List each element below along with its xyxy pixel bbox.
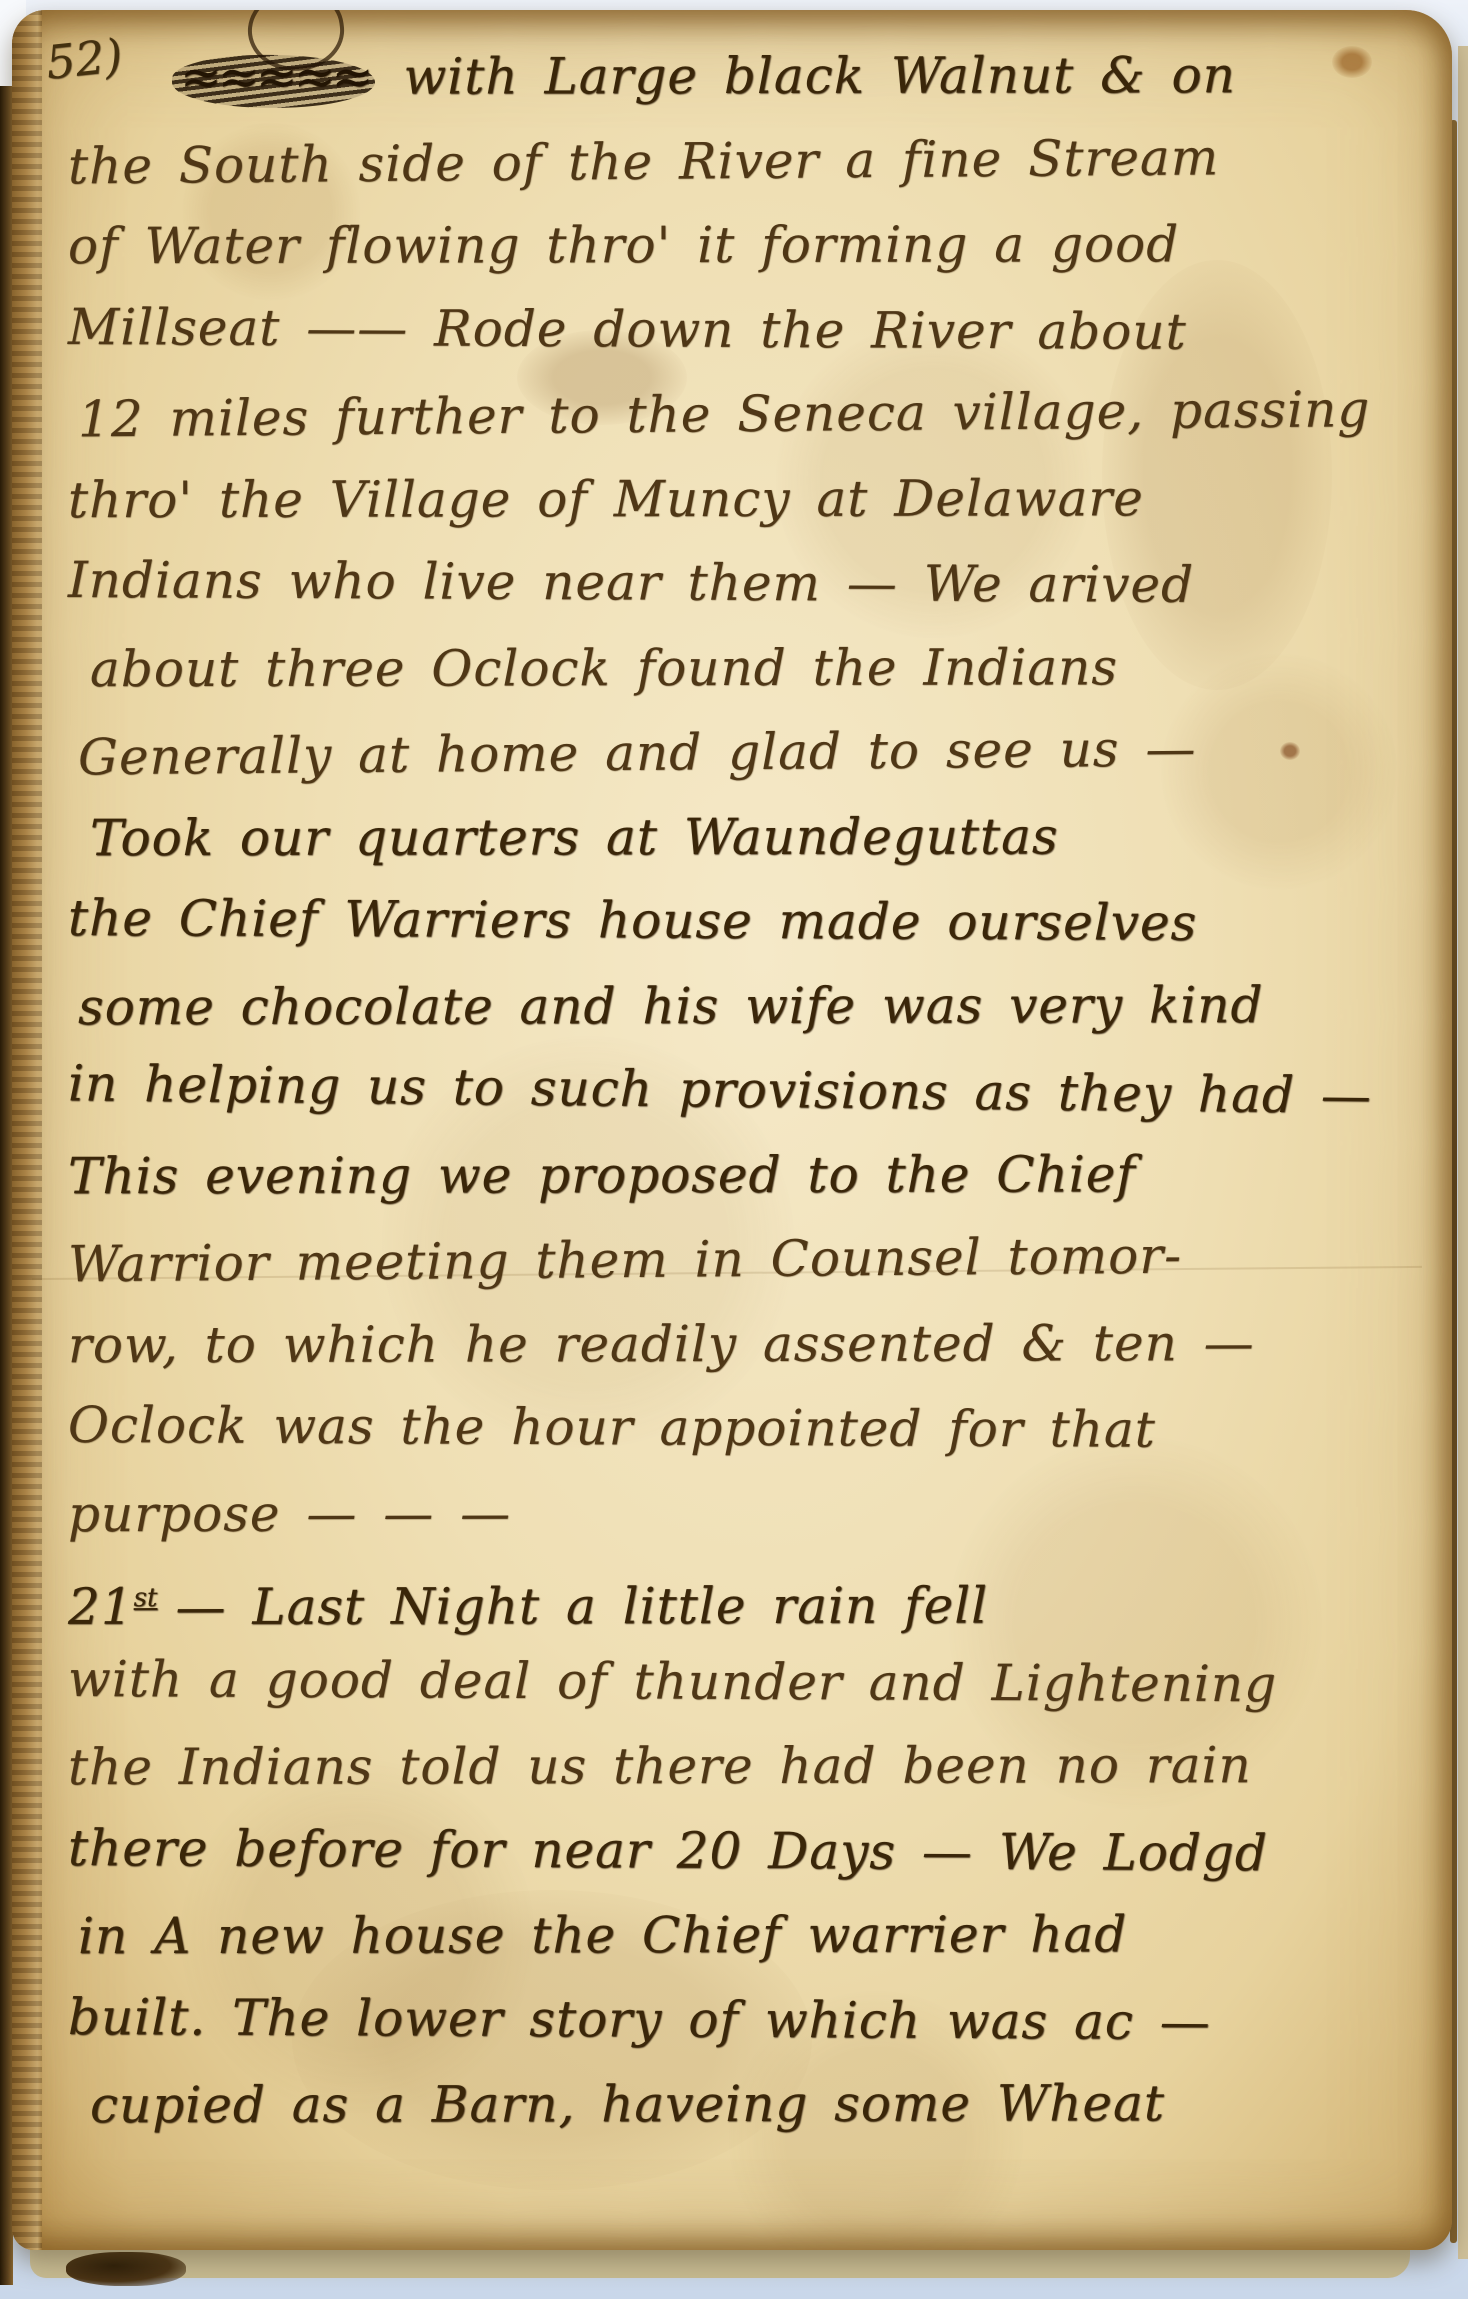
manuscript-line-16: row, to which he readily assented & ten … <box>68 1300 1444 1387</box>
manuscript-page: 52) ≈≈≈≈≈with Large black Walnut & on th… <box>12 10 1452 2250</box>
line-text: row, to which he readily assented & ten … <box>68 1314 1255 1374</box>
manuscript-line-11: the Chief Warriers house made ourselves <box>68 876 1444 967</box>
line-text: in helping us to such provisions as they… <box>68 1054 1372 1125</box>
manuscript-line-6: thro' the Village of Muncy at Delaware <box>68 455 1444 542</box>
line-text: with Large black Walnut & on <box>403 46 1235 105</box>
manuscript-line-4: Millseat —— Rode down the River about <box>68 284 1444 375</box>
line-text: the Indians told us there had been no ra… <box>68 1736 1252 1796</box>
line-text: Oclock was the hour appointed for that <box>68 1396 1156 1459</box>
entry-day: 21 <box>68 1578 134 1636</box>
line-text: some chocolate and his wife was very kin… <box>78 976 1264 1036</box>
line-text: Millseat —— Rode down the River about <box>68 297 1187 360</box>
line-text: the South side of the River a fine Strea… <box>68 128 1220 195</box>
line-text: purpose — — — <box>68 1484 511 1543</box>
line-text: — Last Night a little rain fell <box>175 1576 988 1635</box>
line-text: there before for near 20 Days — We Lodgd <box>68 1818 1268 1881</box>
manuscript-line-20: with a good deal of thunder and Lighteni… <box>68 1636 1444 1727</box>
manuscript-line-9: Generally at home and glad to see us — <box>68 705 1445 800</box>
line-text: about three Oclock found the Indians <box>90 638 1118 698</box>
line-text: cupied as a Barn, haveing some Wheat <box>90 2074 1165 2134</box>
line-text: 12 miles further to the Seneca village, … <box>78 380 1371 448</box>
scratched-out-word: ≈≈≈≈≈ <box>180 35 370 120</box>
manuscript-line-23: in A new house the Chief warrier had <box>68 1892 1444 1979</box>
manuscript-line-22: there before for near 20 Days — We Lodgd <box>68 1805 1444 1896</box>
line-text: with a good deal of thunder and Lighteni… <box>68 1649 1277 1712</box>
manuscript-line-2: the South side of the River a fine Strea… <box>68 113 1445 208</box>
manuscript-line-17: Oclock was the hour appointed for that <box>68 1383 1444 1474</box>
manuscript-line-8: about three Oclock found the Indians <box>68 624 1444 711</box>
binding-gutter <box>12 10 42 2250</box>
line-text: Generally at home and glad to see us — <box>78 720 1197 787</box>
manuscript-line-10: Took our quarters at Waundeguttas <box>68 793 1444 880</box>
manuscript-line-13: in helping us to such provisions as they… <box>68 1041 1445 1139</box>
line-text: built. The lower story of which was ac — <box>68 1987 1211 2050</box>
handwritten-text-block: ≈≈≈≈≈with Large black Walnut & on the So… <box>68 34 1444 2147</box>
line-text: Warrior meeting them in Counsel tomor- <box>68 1227 1182 1294</box>
line-text: thro' the Village of Muncy at Delaware <box>68 469 1144 529</box>
manuscript-line-7: Indians who live near them — We arived <box>68 538 1444 629</box>
manuscript-line-1: ≈≈≈≈≈with Large black Walnut & on <box>68 33 1444 120</box>
manuscript-line-14: This evening we proposed to the Chief <box>68 1131 1444 1218</box>
line-text: in A new house the Chief warrier had <box>78 1905 1127 1965</box>
manuscript-line-5: 12 miles further to the Seneca village, … <box>68 367 1445 462</box>
entry-day-ordinal: st <box>134 1583 158 1613</box>
manuscript-scan: 52) ≈≈≈≈≈with Large black Walnut & on th… <box>0 0 1468 2299</box>
under-page-ink-blot <box>66 2252 186 2286</box>
manuscript-line-25: cupied as a Barn, haveing some Wheat <box>68 2061 1444 2148</box>
manuscript-line-3: of Water flowing thro' it forming a good <box>68 202 1444 289</box>
manuscript-line-18: purpose — — — <box>68 1469 1444 1556</box>
manuscript-line-24: built. The lower story of which was ac — <box>68 1974 1444 2065</box>
adjacent-page-edge <box>1458 46 1468 2259</box>
line-text: Indians who live near them — We arived <box>68 551 1194 614</box>
manuscript-line-19: 21st— Last Night a little rain fell <box>68 1554 1444 1641</box>
line-text: Took our quarters at Waundeguttas <box>90 807 1059 867</box>
line-text: This evening we proposed to the Chief <box>68 1145 1136 1205</box>
manuscript-line-15: Warrior meeting them in Counsel tomor- <box>68 1212 1445 1307</box>
manuscript-line-21: the Indians told us there had been no ra… <box>68 1723 1444 1810</box>
line-text: the Chief Warriers house made ourselves <box>68 889 1197 952</box>
line-text: of Water flowing thro' it forming a good <box>68 215 1179 275</box>
manuscript-line-12: some chocolate and his wife was very kin… <box>68 962 1444 1049</box>
